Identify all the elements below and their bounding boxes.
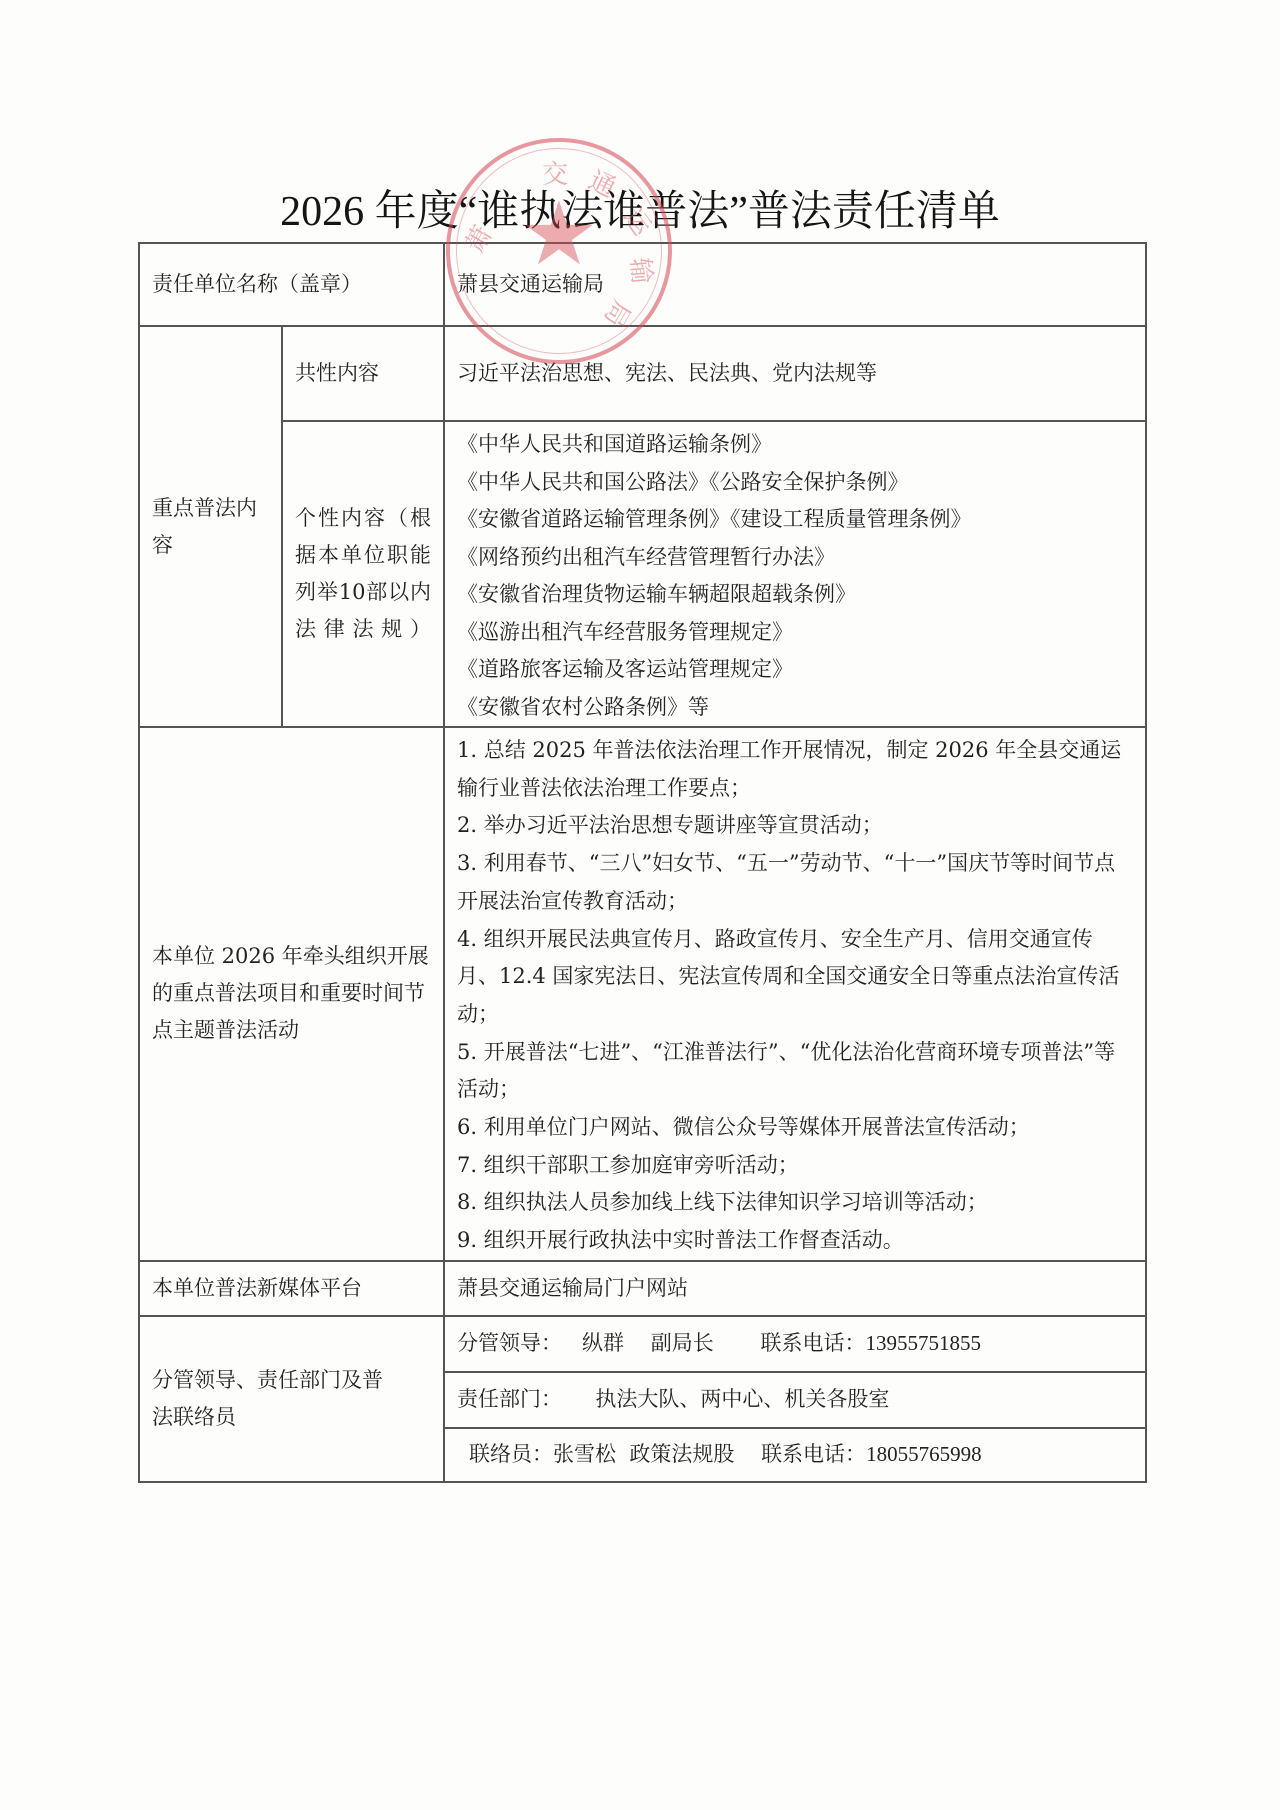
liaison-name: 张雪松 <box>553 1442 616 1466</box>
activity-item: 5. 开展普法“七进”、“江淮普法行”、“优化法治化营商环境专项普法”等活动； <box>457 1034 1133 1109</box>
document-title: 2026 年度“谁执法谁普法”普法责任清单 <box>0 178 1280 238</box>
media-label: 本单位普法新媒体平台 <box>139 1261 444 1316</box>
department-prefix: 责任部门： <box>457 1387 562 1411</box>
activity-item: 1. 总结 2025 年普法依法治理工作开展情况，制定 2026 年全县交通运输… <box>457 732 1133 807</box>
activity-item: 2. 举办习近平法治思想专题讲座等宣贯活动； <box>457 807 1133 845</box>
law-item: 《中华人民共和国道路运输条例》 <box>457 426 1133 464</box>
law-item: 《网络预约出租汽车经营管理暂行办法》 <box>457 539 1133 577</box>
activity-item: 4. 组织开展民法典宣传月、路政宣传月、安全生产月、信用交通宣传月、12.4 国… <box>457 921 1133 1034</box>
activity-item: 7. 组织干部职工参加庭审旁听活动； <box>457 1147 1133 1185</box>
key-content-label: 重点普法内容 <box>139 326 282 727</box>
leader-name: 纵群 <box>582 1331 624 1355</box>
liaison-cell: 联络员：张雪松 政策法规股 联系电话：18055765998 <box>444 1428 1146 1482</box>
specific-content-label-text: 个性内容（根据本单位职能列举10部以内法律法规） <box>295 500 431 648</box>
activities-label: 本单位 2026 年牵头组织开展的重点普法项目和重要时间节点主题普法活动 <box>139 727 444 1261</box>
specific-content-label: 个性内容（根据本单位职能列举10部以内法律法规） <box>282 421 444 727</box>
media-value: 萧县交通运输局门户网站 <box>444 1261 1146 1316</box>
liaison-phone-label: 联系电话： <box>761 1442 866 1466</box>
department-cell: 责任部门： 执法大队、两中心、机关各股室 <box>444 1372 1146 1428</box>
unit-label: 责任单位名称（盖章） <box>139 243 444 326</box>
department-value: 执法大队、两中心、机关各股室 <box>595 1387 889 1411</box>
unit-value: 萧县交通运输局 <box>444 243 1146 326</box>
row-common-content: 重点普法内容 共性内容 习近平法治思想、宪法、民法典、党内法规等 <box>139 326 1146 421</box>
activity-item: 9. 组织开展行政执法中实时普法工作督查活动。 <box>457 1222 1133 1260</box>
leader-phone-label: 联系电话： <box>760 1331 865 1355</box>
activity-item: 3. 利用春节、“三八”妇女节、“五一”劳动节、“十一”国庆节等时间节点开展法治… <box>457 845 1133 920</box>
liaison-dept: 政策法规股 <box>629 1442 734 1466</box>
row-activities: 本单位 2026 年牵头组织开展的重点普法项目和重要时间节点主题普法活动 1. … <box>139 727 1146 1261</box>
row-leader: 分管领导、责任部门及普法联络员 分管领导： 纵群 副局长 联系电话：139557… <box>139 1316 1146 1372</box>
leader-phone: 13955751855 <box>865 1331 981 1355</box>
law-item: 《巡游出租汽车经营服务管理规定》 <box>457 614 1133 652</box>
leader-cell: 分管领导： 纵群 副局长 联系电话：13955751855 <box>444 1316 1146 1372</box>
contacts-label: 分管领导、责任部门及普法联络员 <box>139 1316 444 1482</box>
key-content-label-text: 重点普法内容 <box>152 490 262 564</box>
responsibility-table: 责任单位名称（盖章） 萧县交通运输局 重点普法内容 共性内容 习近平法治思想、宪… <box>138 242 1147 1483</box>
row-media: 本单位普法新媒体平台 萧县交通运输局门户网站 <box>139 1261 1146 1316</box>
laws-list: 《中华人民共和国道路运输条例》 《中华人民共和国公路法》《公路安全保护条例》 《… <box>444 421 1146 727</box>
activity-item: 6. 利用单位门户网站、微信公众号等媒体开展普法宣传活动； <box>457 1109 1133 1147</box>
law-item: 《道路旅客运输及客运站管理规定》 <box>457 651 1133 689</box>
row-unit: 责任单位名称（盖章） 萧县交通运输局 <box>139 243 1146 326</box>
activity-item: 8. 组织执法人员参加线上线下法律知识学习培训等活动； <box>457 1184 1133 1222</box>
law-item: 《中华人民共和国公路法》《公路安全保护条例》 <box>457 464 1133 502</box>
law-item: 《安徽省道路运输管理条例》《建设工程质量管理条例》 <box>457 501 1133 539</box>
contacts-label-text: 分管领导、责任部门及普法联络员 <box>152 1362 392 1436</box>
liaison-phone: 18055765998 <box>866 1442 982 1466</box>
common-content-value: 习近平法治思想、宪法、民法典、党内法规等 <box>444 326 1146 421</box>
law-item: 《安徽省治理货物运输车辆超限超载条例》 <box>457 576 1133 614</box>
law-item: 《安徽省农村公路条例》等 <box>457 689 1133 727</box>
liaison-prefix: 联络员： <box>469 1442 553 1466</box>
activities-list: 1. 总结 2025 年普法依法治理工作开展情况，制定 2026 年全县交通运输… <box>444 727 1146 1261</box>
row-specific-content: 个性内容（根据本单位职能列举10部以内法律法规） 《中华人民共和国道路运输条例》… <box>139 421 1146 727</box>
common-content-label: 共性内容 <box>282 326 444 421</box>
leader-title: 副局长 <box>651 1331 714 1355</box>
leader-prefix: 分管领导： <box>457 1331 562 1355</box>
